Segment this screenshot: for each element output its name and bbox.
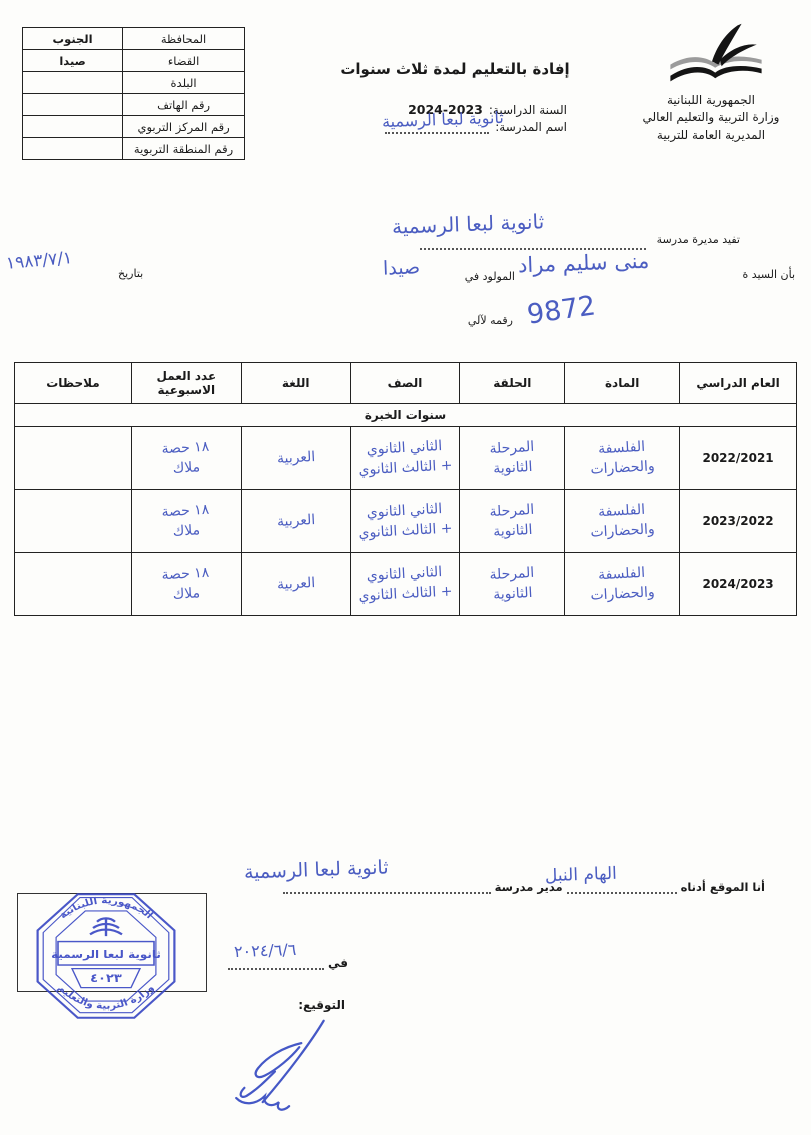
subject-handwritten: الفلسفة والحضارات xyxy=(589,562,655,606)
scanned-certificate-page: المحافظةالجنوب القضاءصيدا البلدة رقم اله… xyxy=(0,0,811,1135)
language-cell: العربية xyxy=(241,490,350,553)
grade-cell: الثاني الثانوي + الثالث الثانوي xyxy=(350,427,460,490)
table-row: البلدة xyxy=(23,72,245,94)
date-label: في xyxy=(328,956,348,970)
birthplace-label: المولود في xyxy=(465,270,515,283)
cycle-handwritten: المرحلة الثانوية xyxy=(489,563,536,606)
certificate-title: إفادة بالتعليم لمدة ثلاث سنوات xyxy=(300,60,610,78)
table-row: رقم المنطقة التربوية xyxy=(23,138,245,160)
column-header: الحلقة xyxy=(460,363,565,404)
hours-cell: ١٨ حصة ملاك xyxy=(131,490,241,553)
info-value: الجنوب xyxy=(23,28,123,50)
info-value xyxy=(23,116,123,138)
cycle-handwritten: المرحلة الثانوية xyxy=(489,500,536,543)
stamp-number: ٤٠٢٣ xyxy=(90,972,122,985)
signature-scribble xyxy=(222,1012,344,1120)
signature-label: التوقيع: xyxy=(298,998,345,1012)
table-row: سنوات الخبرة xyxy=(15,404,797,427)
subject-handwritten: الفلسفة والحضارات xyxy=(589,499,655,543)
hours-cell: ١٨ حصة ملاك xyxy=(131,427,241,490)
hours-handwritten: ١٨ حصة ملاك xyxy=(161,436,211,479)
cycle-cell: المرحلة الثانوية xyxy=(460,553,565,616)
info-label: المحافظة xyxy=(123,28,245,50)
language-handwritten: العربية xyxy=(276,573,315,595)
signer-name-handwritten: الهام النبل xyxy=(545,865,617,886)
cycle-handwritten: المرحلة الثانوية xyxy=(489,437,536,480)
notes-cell xyxy=(15,553,132,616)
table-row: رقم الهاتف xyxy=(23,94,245,116)
hours-handwritten: ١٨ حصة ملاك xyxy=(161,499,211,542)
table-row: رقم المركز التربوي xyxy=(23,116,245,138)
registry-number-handwritten: 9872 xyxy=(525,291,597,330)
grade-handwritten: الثاني الثانوي + الثالث الثانوي xyxy=(357,498,453,543)
dotted-line xyxy=(420,236,646,250)
stamp-school-name: ثانوية لبعا الرسمية xyxy=(51,947,161,960)
info-value xyxy=(23,94,123,116)
info-value xyxy=(23,138,123,160)
column-header: العام الدراسي xyxy=(680,363,797,404)
grade-handwritten: الثاني الثانوي + الثالث الثانوي xyxy=(357,435,453,480)
registry-number-label: رقمه لآلي xyxy=(468,314,513,327)
birthdate-label: بتاريخ xyxy=(118,267,143,280)
column-header: اللغة xyxy=(241,363,350,404)
info-value xyxy=(23,72,123,94)
column-header: ملاحظات xyxy=(15,363,132,404)
column-header: الصف xyxy=(350,363,460,404)
table-row: القضاءصيدا xyxy=(23,50,245,72)
person-name-handwritten: منى سليم مراد xyxy=(518,250,650,278)
info-label: رقم الهاتف xyxy=(123,94,245,116)
republic-line: الجمهورية اللبنانية xyxy=(612,92,810,109)
experience-table: سنوات الخبرة العام الدراسي المادة الحلقة… xyxy=(14,362,797,616)
cycle-cell: المرحلة الثانوية xyxy=(460,490,565,553)
hours-cell: ١٨ حصة ملاك xyxy=(131,553,241,616)
table-row: 2022/2021 الفلسفة والحضارات المرحلة الثا… xyxy=(15,427,797,490)
signer-line: أنا الموقع أدناه مدير مدرسة xyxy=(283,880,765,894)
grade-cell: الثاني الثانوي + الثالث الثانوي xyxy=(350,490,460,553)
year-cell: 2022/2021 xyxy=(680,427,797,490)
header-row: العام الدراسي المادة الحلقة الصف اللغة ع… xyxy=(15,363,797,404)
table-row: المحافظةالجنوب xyxy=(23,28,245,50)
info-value: صيدا xyxy=(23,50,123,72)
language-cell: العربية xyxy=(241,427,350,490)
certify-label: تفيد مديرة مدرسة xyxy=(657,233,740,246)
open-book-logo-icon xyxy=(664,22,768,92)
subject-cell: الفلسفة والحضارات xyxy=(565,427,680,490)
body-school-handwritten: ثانوية لبعا الرسمية xyxy=(392,210,545,237)
birthdate-handwritten: ١٩٨٣/٧/١ xyxy=(5,249,73,273)
hours-handwritten: ١٨ حصة ملاك xyxy=(161,562,211,605)
cycle-cell: المرحلة الثانوية xyxy=(460,427,565,490)
language-cell: العربية xyxy=(241,553,350,616)
school-name-handwritten: ثانوية لبعا الرسمية xyxy=(382,109,504,131)
signer-label: أنا الموقع أدناه xyxy=(681,880,765,894)
year-cell: 2023/2022 xyxy=(680,490,797,553)
grade-handwritten: الثاني الثانوي + الثالث الثانوي xyxy=(357,561,453,606)
official-school-stamp-icon: الجمهورية اللبنانية وزارة التربية والتعل… xyxy=(26,882,186,1030)
ministry-line: وزارة التربية والتعليم العالي xyxy=(612,109,810,126)
notes-cell xyxy=(15,427,132,490)
info-label: رقم المنطقة التربوية xyxy=(123,138,245,160)
year-cell: 2024/2023 xyxy=(680,553,797,616)
person-label: بأن السيد ة xyxy=(742,268,795,281)
grade-cell: الثاني الثانوي + الثالث الثانوي xyxy=(350,553,460,616)
subject-handwritten: الفلسفة والحضارات xyxy=(589,436,655,480)
language-handwritten: العربية xyxy=(276,447,315,469)
dotted-line xyxy=(283,880,491,894)
notes-cell xyxy=(15,490,132,553)
info-label: البلدة xyxy=(123,72,245,94)
info-label: القضاء xyxy=(123,50,245,72)
subject-cell: الفلسفة والحضارات xyxy=(565,490,680,553)
directorate-line: المديرية العامة للتربية xyxy=(612,127,810,144)
region-info-table: المحافظةالجنوب القضاءصيدا البلدة رقم اله… xyxy=(22,27,245,160)
school-name-label: اسم المدرسة: xyxy=(495,120,567,134)
birthplace-handwritten: صيدا xyxy=(383,257,421,279)
subject-cell: الفلسفة والحضارات xyxy=(565,553,680,616)
column-header: المادة xyxy=(565,363,680,404)
column-header: عدد العمل الاسبوعية xyxy=(131,363,241,404)
ministry-name-block: الجمهورية اللبنانية وزارة التربية والتعل… xyxy=(612,92,810,144)
language-handwritten: العربية xyxy=(276,510,315,532)
experience-title: سنوات الخبرة xyxy=(15,404,797,427)
footer-date-handwritten: ٢٠٢٤/٦/٦ xyxy=(234,941,297,961)
table-row: 2023/2022 الفلسفة والحضارات المرحلة الثا… xyxy=(15,490,797,553)
table-row: 2024/2023 الفلسفة والحضارات المرحلة الثا… xyxy=(15,553,797,616)
info-label: رقم المركز التربوي xyxy=(123,116,245,138)
